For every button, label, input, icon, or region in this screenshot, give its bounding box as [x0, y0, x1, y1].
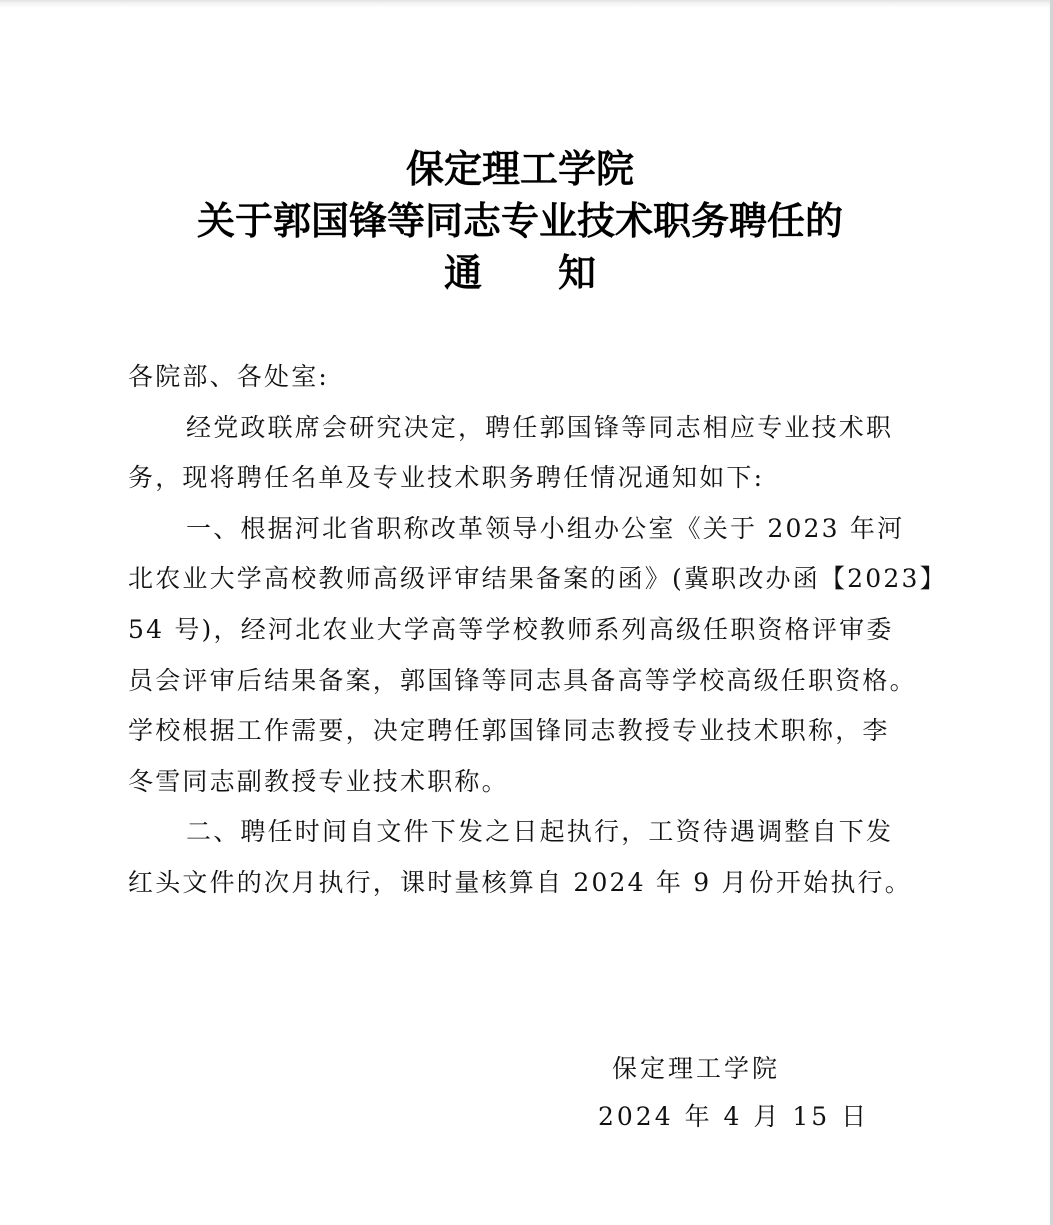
body-line: 北农业大学高校教师高级评审结果备案的函》(冀职改办函【2023】: [128, 554, 918, 605]
title-subject: 关于郭国锋等同志专业技术职务聘任的: [0, 195, 1040, 247]
signature-date: 2024 年 4 月 15 日: [598, 1093, 869, 1141]
title-notice-char-2: 知: [558, 247, 596, 299]
body-line: 红头文件的次月执行，课时量核算自 2024 年 9 月份开始执行。: [128, 858, 918, 909]
document-page: 保定理工学院 关于郭国锋等同志专业技术职务聘任的 通知 各院部、各处室: 经党政…: [0, 0, 1050, 1225]
salutation: 各院部、各处室:: [128, 352, 918, 403]
title-institution: 保定理工学院: [0, 143, 1040, 195]
document-title: 保定理工学院 关于郭国锋等同志专业技术职务聘任的 通知: [0, 143, 1040, 299]
body-line: 54 号)，经河北农业大学高等学校教师系列高级任职资格评审委: [128, 605, 918, 656]
signature-organization: 保定理工学院: [598, 1045, 869, 1093]
body-line: 员会评审后结果备案，郭国锋等同志具备高等学校高级任职资格。: [128, 656, 918, 707]
body-line: 二、聘任时间自文件下发之日起执行，工资待遇调整自下发: [128, 807, 918, 858]
body-line: 务，现将聘任名单及专业技术职务聘任情况通知如下:: [128, 453, 918, 504]
title-notice: 通知: [0, 247, 1040, 299]
title-notice-char-1: 通: [444, 247, 482, 299]
body-line: 冬雪同志副教授专业技术职称。: [128, 757, 918, 808]
body-line: 一、根据河北省职称改革领导小组办公室《关于 2023 年河: [128, 504, 918, 555]
body-line: 学校根据工作需要，决定聘任郭国锋同志教授专业技术职称，李: [128, 706, 918, 757]
document-body: 各院部、各处室: 经党政联席会研究决定，聘任郭国锋等同志相应专业技术职 务，现将…: [128, 352, 918, 909]
body-line: 经党政联席会研究决定，聘任郭国锋等同志相应专业技术职: [128, 403, 918, 454]
signature-block: 保定理工学院 2024 年 4 月 15 日: [598, 1045, 869, 1141]
